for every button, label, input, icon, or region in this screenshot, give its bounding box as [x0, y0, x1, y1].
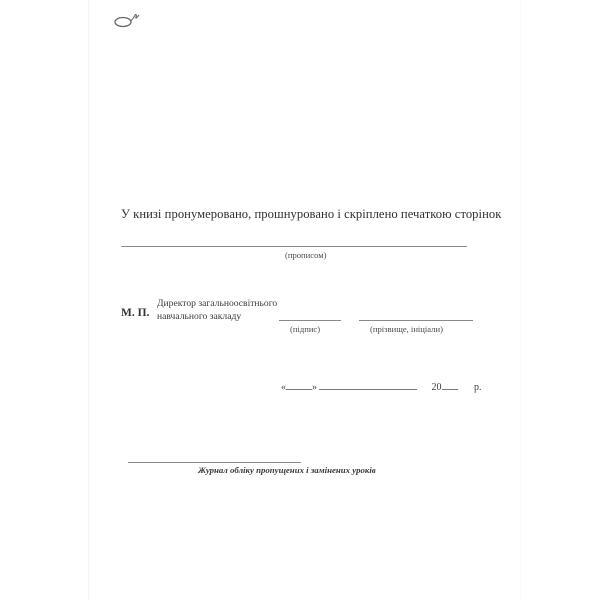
page-count-caption: (прописом) [285, 250, 327, 260]
page-count-line [121, 246, 467, 247]
numbering-statement: У книзі пронумеровано, прошнуровано і ск… [121, 207, 501, 222]
year-blank [442, 380, 458, 390]
journal-title: Журнал обліку пропущених і замінених уро… [198, 465, 376, 475]
day-blank [286, 380, 312, 390]
year-prefix: 20 [432, 382, 442, 393]
month-blank [319, 380, 417, 390]
footer-rule [128, 462, 301, 463]
date-close-quote: » [312, 382, 317, 393]
signature-caption: (підпис) [290, 324, 320, 334]
page-edge-right [520, 0, 521, 600]
pen-loop-icon [113, 12, 143, 28]
year-suffix: р. [474, 382, 482, 393]
signature-line [279, 320, 341, 321]
date-row: «» 20 р. [281, 380, 482, 393]
name-line [359, 320, 473, 321]
name-caption: (прізвище, ініціали) [370, 324, 443, 334]
seal-label: М. П. [121, 307, 149, 319]
page-edge-left [88, 0, 89, 600]
